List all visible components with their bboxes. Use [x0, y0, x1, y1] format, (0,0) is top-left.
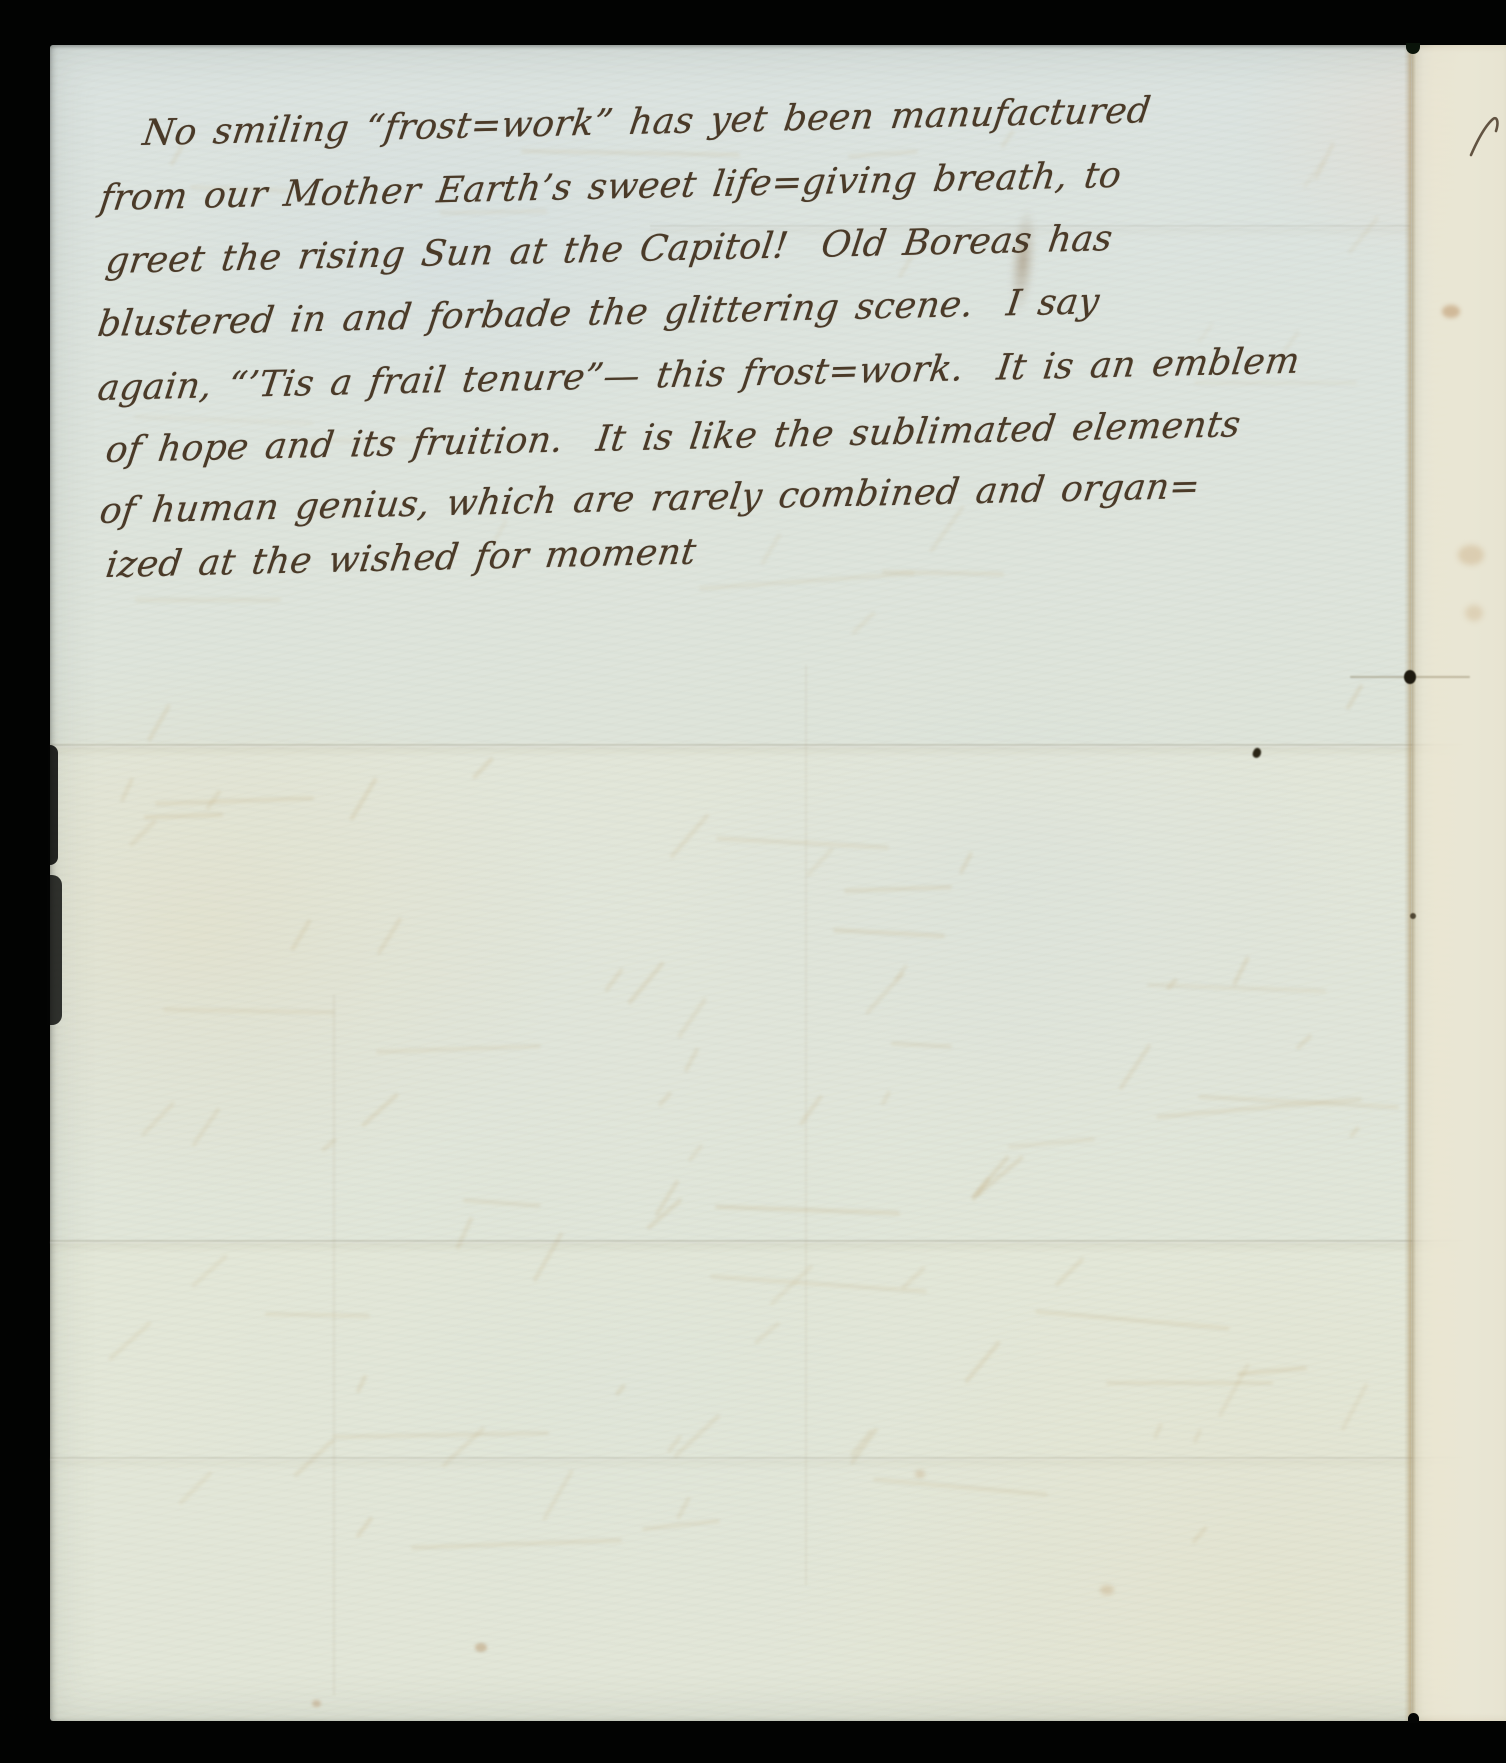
scan-background: No smiling “frost=work” has yet been man…	[0, 0, 1506, 1763]
handwriting-line: of hope and its fruition. It is like the…	[103, 404, 1243, 471]
handwriting-line: of human genius, which are rarely combin…	[97, 466, 1202, 532]
handwriting-line: from our Mother Earth’s sweet life=givin…	[97, 155, 1124, 219]
handwriting-line: greet the rising Sun at the Capitol! Old…	[103, 218, 1115, 282]
letter-page: No smiling “frost=work” has yet been man…	[50, 45, 1506, 1721]
handwriting-block: No smiling “frost=work” has yet been man…	[50, 45, 1506, 1721]
scanned-letter: { "letter": { "lines": [ "No smiling “fr…	[0, 0, 1506, 1763]
handwriting-line: No smiling “frost=work” has yet been man…	[140, 90, 1153, 154]
handwriting-line: again, “’Tis a frail tenure”— this frost…	[95, 341, 1302, 409]
handwriting-line: ized at the wished for moment	[103, 532, 699, 587]
handwriting-line: blustered in and forbade the glittering …	[95, 281, 1102, 345]
